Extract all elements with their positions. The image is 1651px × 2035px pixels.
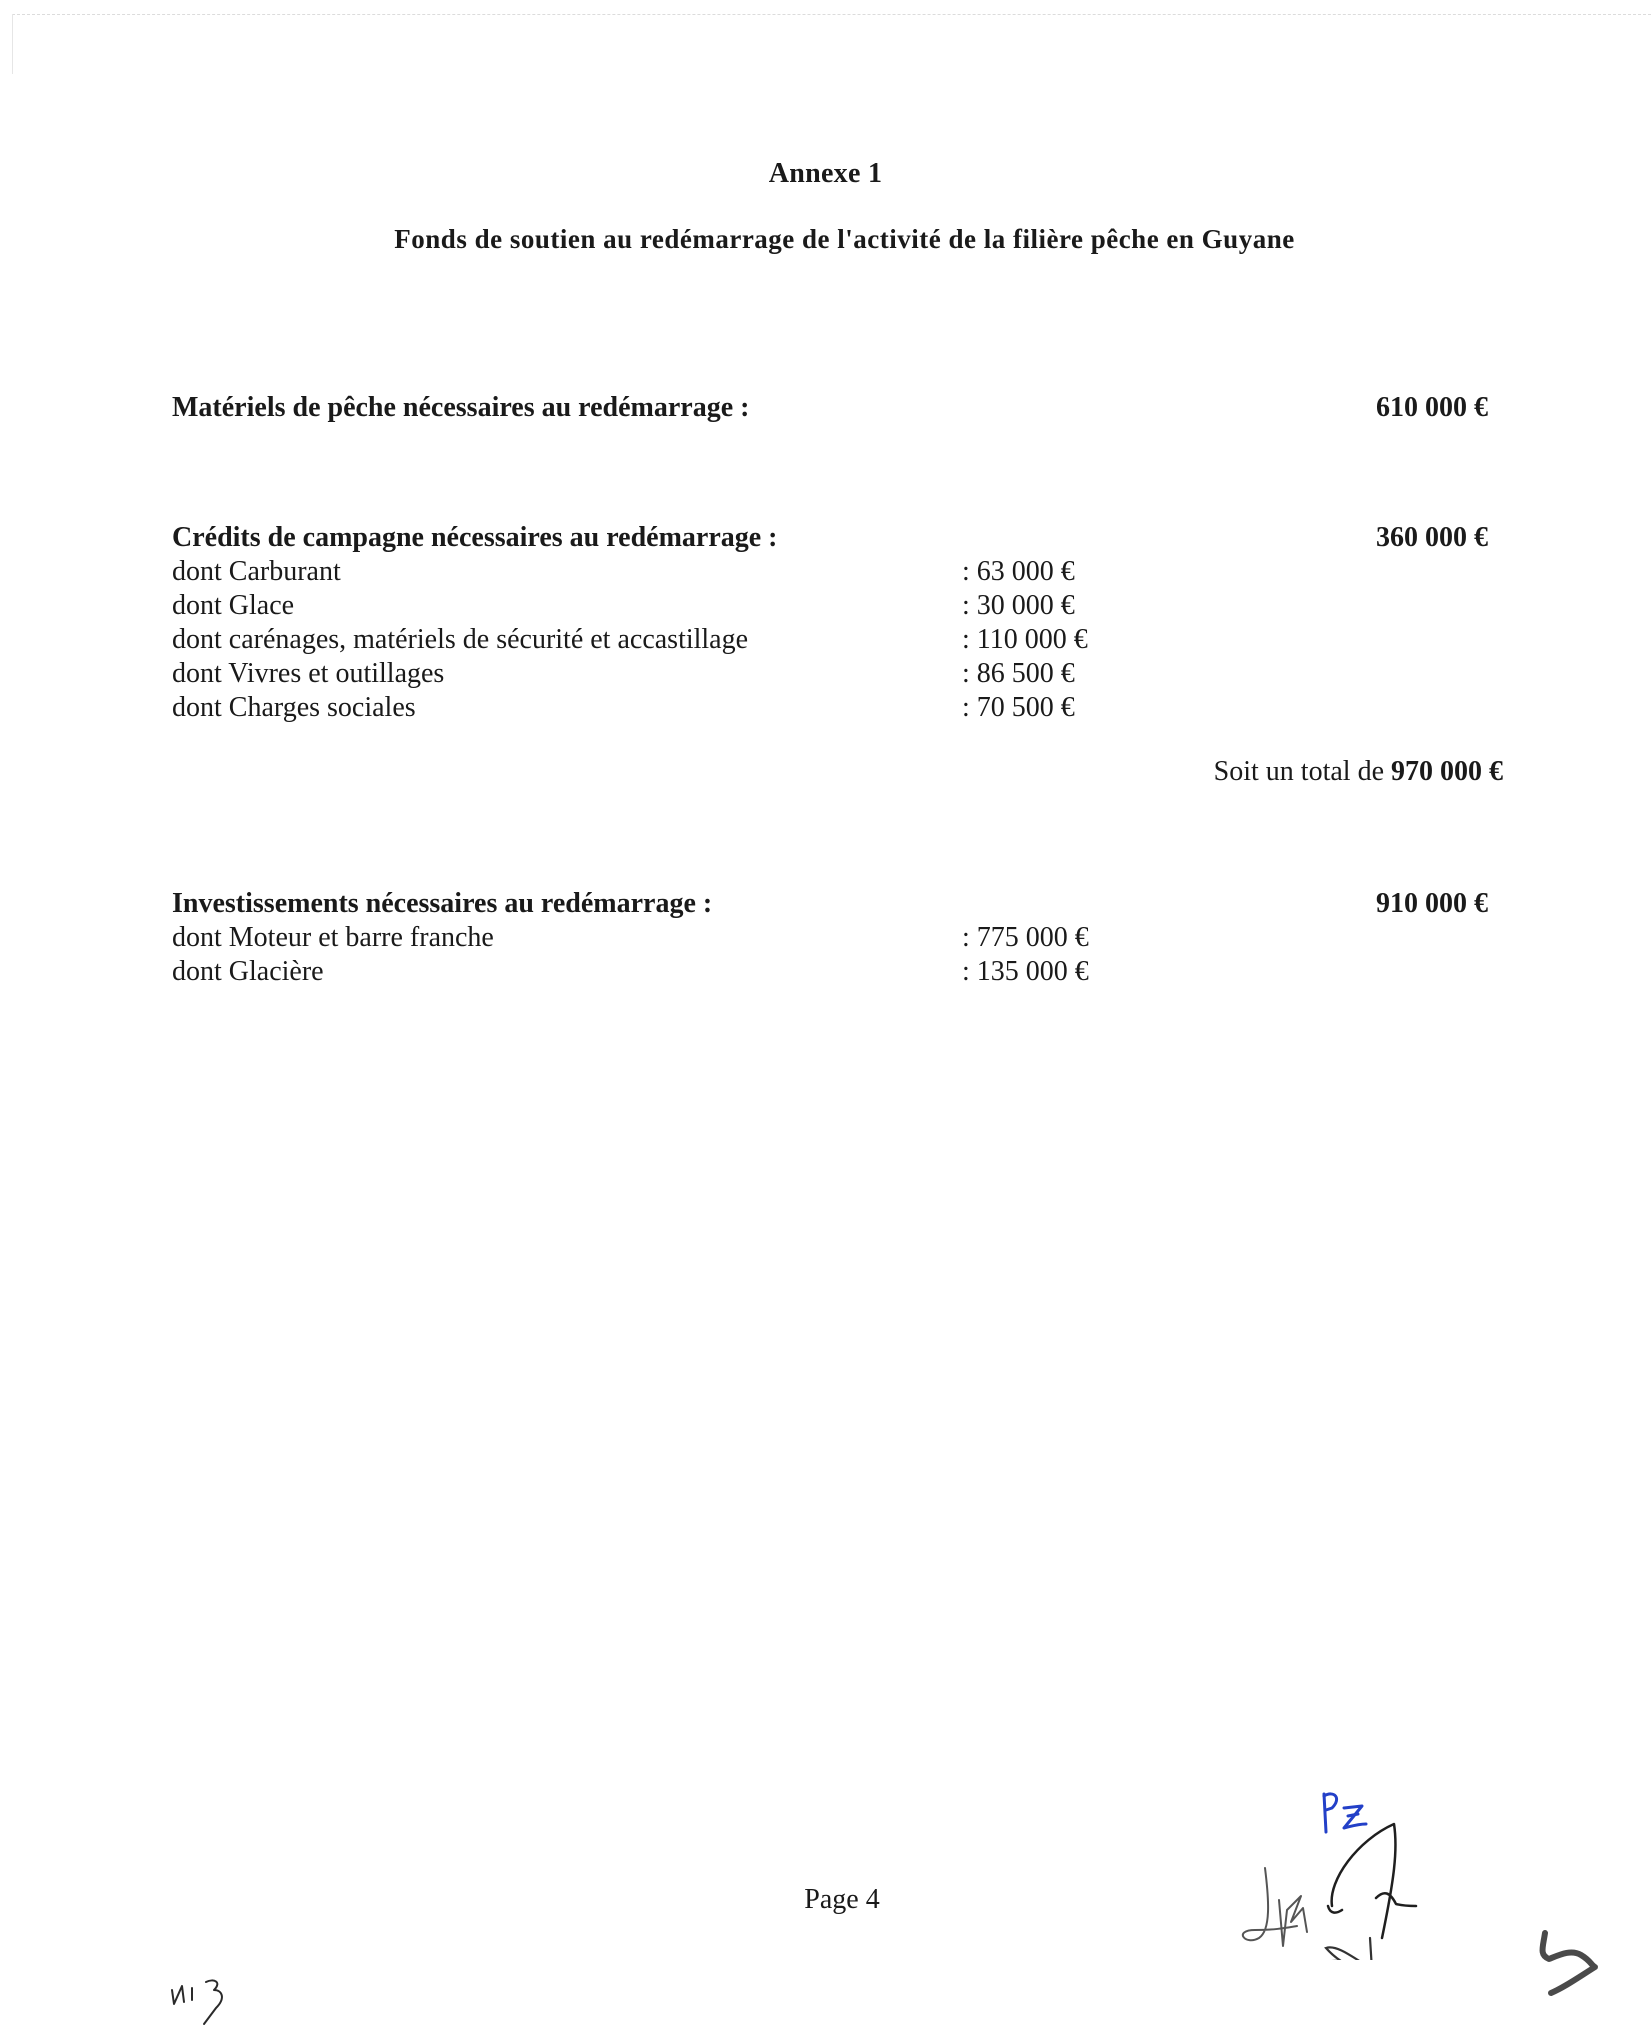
line-item: dont Glacière : 135 000 €: [0, 956, 1651, 990]
section-total: 910 000 €: [1376, 888, 1488, 920]
line-item: dont Charges sociales : 70 500 €: [0, 692, 1651, 726]
document-subtitle: Fonds de soutien au redémarrage de l'act…: [0, 224, 1651, 255]
line-item: dont Glace : 30 000 €: [0, 590, 1651, 624]
section-total: 610 000 €: [1376, 392, 1488, 424]
line-item-amount: : 135 000 €: [962, 956, 1089, 988]
line-item: dont carénages, matériels de sécurité et…: [0, 624, 1651, 658]
scan-edge-top: [12, 14, 1651, 16]
signature-mark-right: [1535, 1925, 1610, 2000]
line-item-label: dont Vivres et outillages: [172, 658, 444, 690]
signature-initials-left: [1225, 1860, 1325, 1960]
line-item-label: dont Carburant: [172, 556, 341, 588]
line-item: dont Vivres et outillages : 86 500 €: [0, 658, 1651, 692]
grand-total: Soit un total de 970 000 €: [1214, 756, 1503, 788]
scan-edge-left: [12, 14, 13, 74]
line-item-amount: : 63 000 €: [962, 556, 1075, 588]
section-heading: Crédits de campagne nécessaires au redém…: [172, 522, 778, 554]
line-item: dont Carburant : 63 000 €: [0, 556, 1651, 590]
line-item-amount: : 775 000 €: [962, 922, 1089, 954]
section-total: 360 000 €: [1376, 522, 1488, 554]
annex-title: Annexe 1: [0, 158, 1651, 190]
section-heading: Matériels de pêche nécessaires au redéma…: [172, 392, 749, 424]
grand-total-value: 970 000 €: [1391, 756, 1503, 787]
line-item-amount: : 86 500 €: [962, 658, 1075, 690]
handwritten-note-bottom-left: [168, 1976, 238, 2031]
line-item-label: dont Glacière: [172, 956, 324, 988]
section-heading: Investissements nécessaires au redémarra…: [172, 888, 712, 920]
line-item-label: dont Moteur et barre franche: [172, 922, 494, 954]
line-item-amount: : 30 000 €: [962, 590, 1075, 622]
line-item-label: dont Glace: [172, 590, 294, 622]
line-item-amount: : 110 000 €: [962, 624, 1088, 656]
grand-total-prefix: Soit un total de: [1214, 756, 1391, 787]
signature-main: [1318, 1810, 1478, 1960]
line-item-label: dont carénages, matériels de sécurité et…: [172, 624, 748, 656]
line-item-label: dont Charges sociales: [172, 692, 416, 724]
line-item: dont Moteur et barre franche : 775 000 €: [0, 922, 1651, 956]
line-item-amount: : 70 500 €: [962, 692, 1075, 724]
